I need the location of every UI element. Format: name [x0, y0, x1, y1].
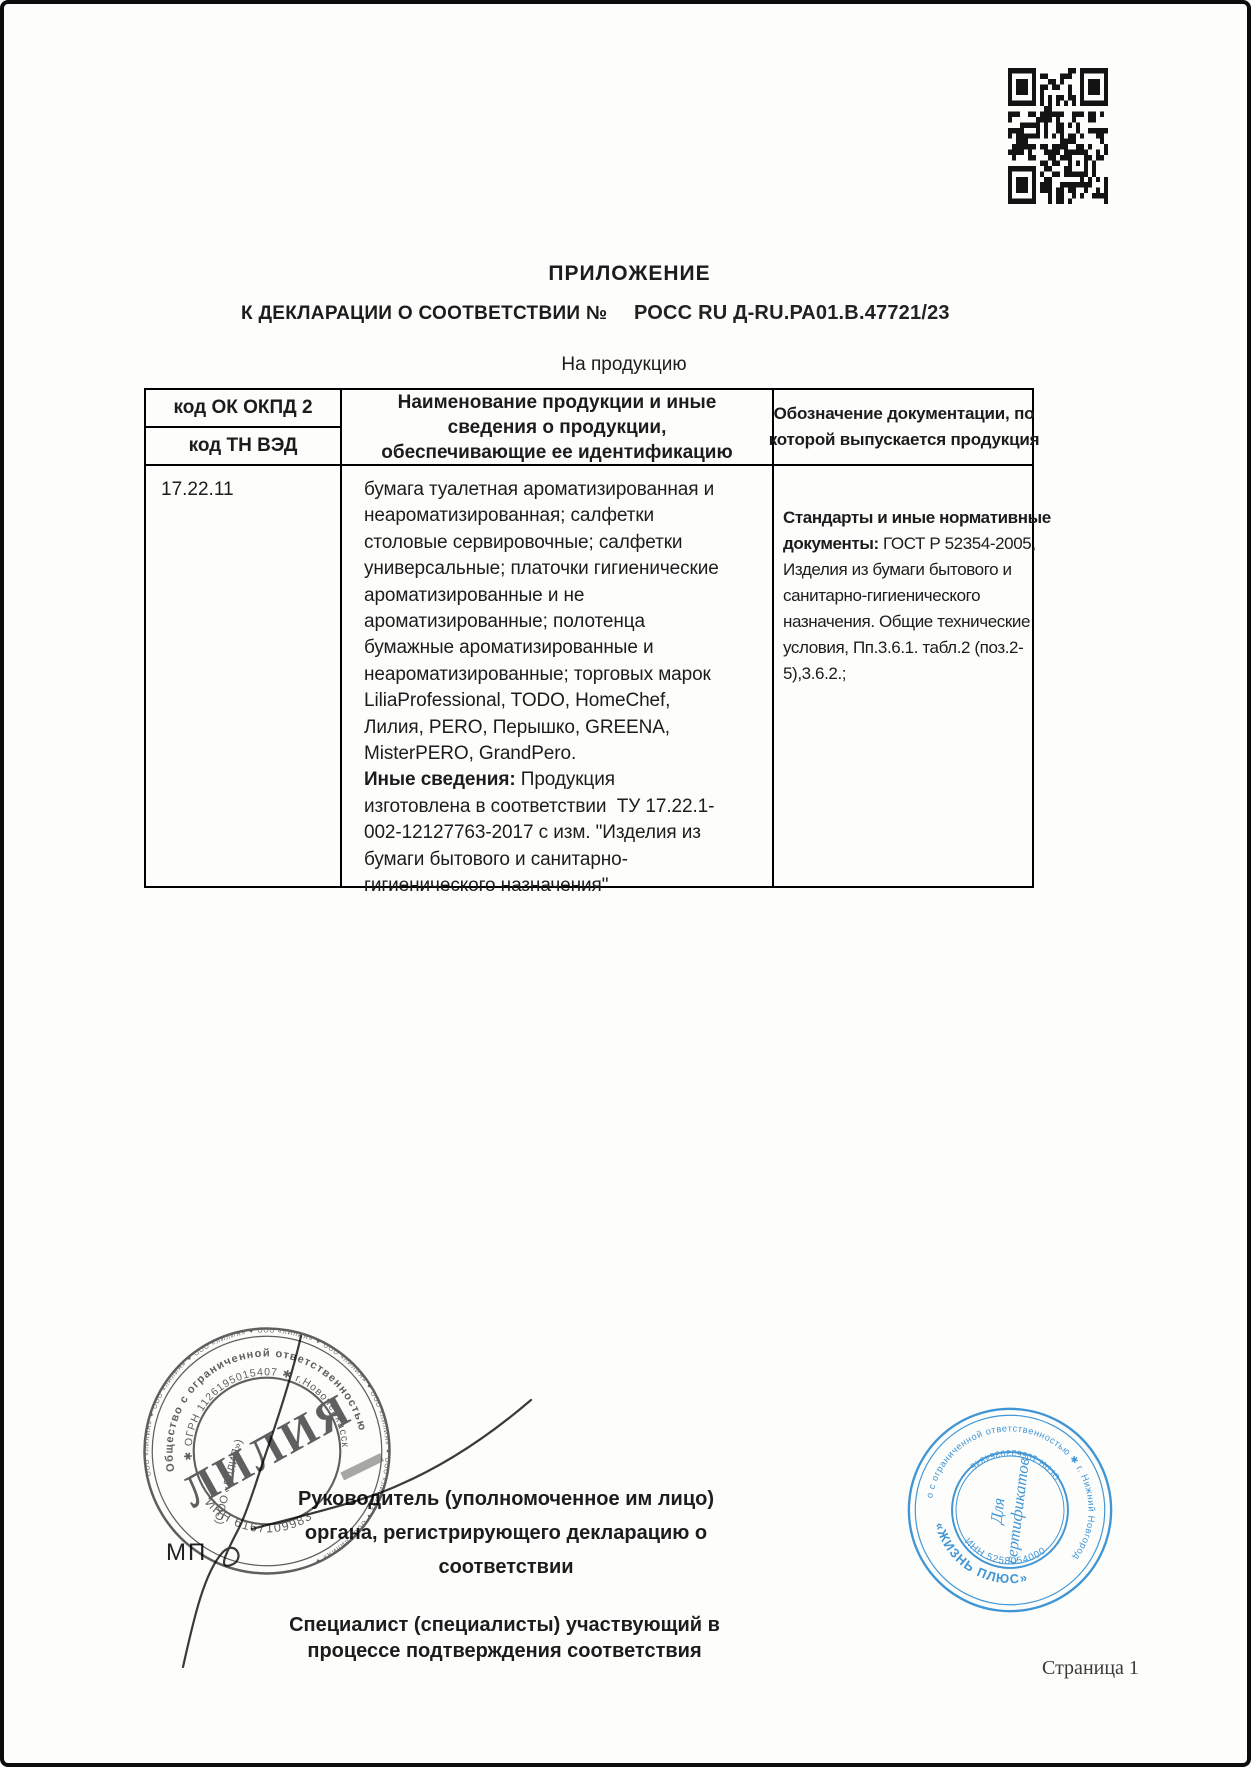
page-number: Страница 1 — [1042, 1657, 1139, 1680]
header-tnved-code: код ТН ВЭД — [146, 428, 340, 464]
header-okpd-code: код ОК ОКПД 2 — [146, 390, 340, 428]
certification-stamp-blue: Общество с ограниченной ответственностью… — [902, 1402, 1118, 1618]
product-description-text: бумага туалетная ароматизированная и неа… — [364, 479, 719, 764]
other-info-label: Иные сведения: — [364, 769, 516, 790]
docs-text: ГОСТ Р 52354-2005, Изделия из бумаги быт… — [783, 534, 1036, 683]
blue-stamp-ring-text: Общество с ограниченной ответственностью… — [902, 1402, 1110, 1563]
blue-stamp-company-text: «ЖИЗНЬ ПЛЮС» — [926, 1519, 1036, 1589]
blue-stamp-inn-text: ИНН 5258054000 — [960, 1535, 1050, 1572]
specialist-signature-label: Специалист (специалисты) участвующий в п… — [282, 1612, 727, 1664]
blue-stamp-ogrn-text: ОГРН 1055230364845 — [967, 1443, 1065, 1483]
cell-docs: Стандарты и иные нормативные документы: … — [774, 466, 1034, 888]
stamp-smudge — [340, 1453, 384, 1480]
products-caption: На продукцию — [174, 354, 1074, 376]
stamp-place-label: МП — [166, 1539, 207, 1567]
blue-stamp-center-text: Для сертификатов — [982, 1454, 1033, 1565]
stamp-ring-outer-text: Общество с ограниченной ответственностью — [144, 1328, 368, 1473]
header-docs-column: Обозначение документации, по которой вып… — [774, 390, 1034, 466]
stamp-side-text: (ООО «ЛИЛИЯ») — [212, 1438, 245, 1525]
page-title: ПРИЛОЖЕНИЕ — [4, 262, 1251, 286]
stamp-ring-inner-text: ✱ ОГРН 1126195015407 ✱ г.Новочеркасск — [167, 1351, 352, 1483]
header-codes-cell: код ОК ОКПД 2 код ТН ВЭД — [146, 390, 342, 466]
header-product-column: Наименование продукции и иные сведения о… — [342, 390, 774, 466]
cell-product-description: бумага туалетная ароматизированная и неа… — [342, 466, 774, 888]
head-signature-label: Руководитель (уполномоченное им лицо) ор… — [287, 1482, 725, 1584]
document-page: ПРИЛОЖЕНИЕ К ДЕКЛАРАЦИИ О СООТВЕТСТВИИ №… — [0, 0, 1251, 1767]
products-table: код ОК ОКПД 2 код ТН ВЭД Наименование пр… — [144, 388, 1034, 888]
qr-code — [1008, 68, 1108, 204]
declaration-label: К ДЕКЛАРАЦИИ О СООТВЕТСТВИИ № — [241, 303, 607, 325]
declaration-number: РОСС RU Д-RU.РА01.В.47721/23 — [634, 302, 950, 325]
cell-product-code: 17.22.11 — [146, 466, 342, 888]
